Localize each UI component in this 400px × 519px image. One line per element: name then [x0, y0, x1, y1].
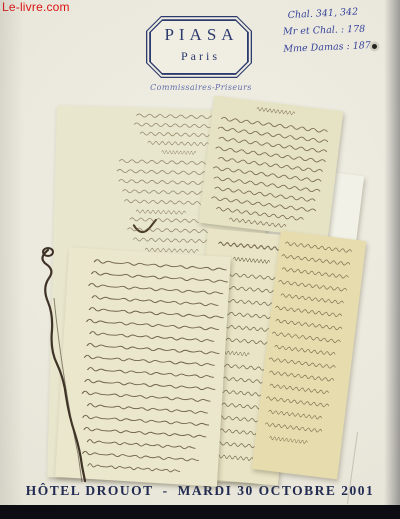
piasa-logo: PIASA Paris: [146, 16, 252, 78]
manuscript-handwriting: [199, 96, 344, 239]
separator-dash: -: [163, 483, 169, 498]
le-livre-watermark: Le-livre.com: [2, 0, 70, 14]
logo-subtitle: Commissaires-Priseurs: [116, 83, 286, 92]
annotation-line: Mme Damas : 187: [283, 37, 371, 58]
scan-bottom-edge: [0, 505, 400, 519]
catalog-cover: Le-livre.com PIASA Paris Commissaires-Pr…: [0, 0, 400, 519]
logo-name: PIASA: [146, 25, 252, 45]
manuscript-sheet-top-right: [199, 96, 344, 239]
tied-string: [34, 238, 104, 493]
handwritten-annotations: Chal. 341, 342 Mr et Chal. : 178 Mme Dam…: [283, 4, 371, 57]
logo-city: Paris: [146, 49, 252, 64]
pin-dot-mark: [372, 44, 377, 49]
